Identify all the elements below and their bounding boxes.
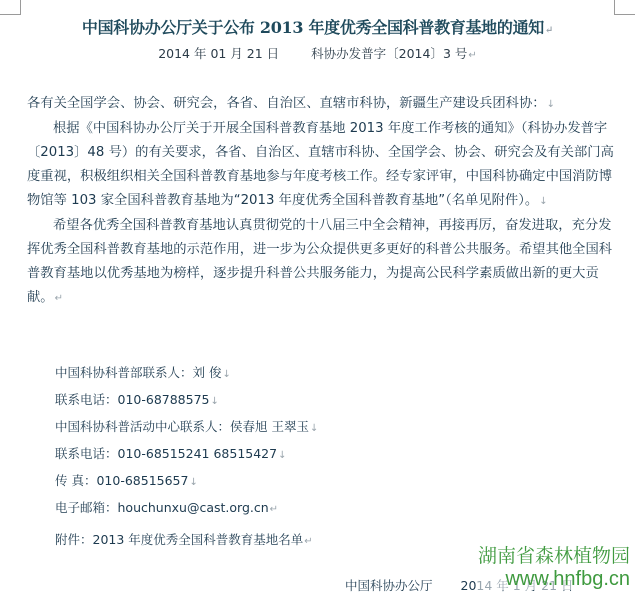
contact-line: 中国科协科普活动中心联系人：侯春旭 王翠玉↓	[55, 414, 318, 441]
paragraph-mark-icon: ↵	[468, 50, 476, 61]
line-break-mark-icon: ↓	[278, 450, 286, 461]
contact-line: 联系电话：010-68515241 68515427↓	[55, 441, 318, 468]
signature-org: 中国科协办公厅	[345, 578, 433, 592]
line-break-mark-icon: ↓	[539, 196, 547, 207]
contact-line: 传 真：010-68515657↓	[55, 468, 318, 495]
line-break-mark-icon: ↓	[310, 423, 318, 434]
contact-line: 联系电话：010-68788575↓	[55, 387, 318, 414]
paragraph-1-text: 根据《中国科协办公厅关于开展全国科普教育基地 2013 年度工作考核的通知》（科…	[27, 121, 614, 208]
document-subtitle: 2014 年 01 月 21 日 科协办发普字〔2014〕3 号↵	[0, 44, 635, 62]
document-number: 科协办发普字〔2014〕3 号	[311, 46, 467, 61]
line-break-mark-icon: ↓	[222, 369, 230, 380]
contact-text: 传 真：010-68515657	[55, 473, 188, 488]
line-break-mark-icon: ↓	[547, 99, 555, 110]
contact-email-text: 电子邮箱：houchunxu@cast.org.cn	[55, 500, 269, 515]
line-break-mark-icon: ↓	[189, 477, 197, 488]
salutation: 各有关全国学会、协会、研究会，各省、自治区、直辖市科协，新疆生产建设兵团科协：↓	[27, 92, 617, 117]
paragraph-2-text: 希望各优秀全国科普教育基地认真贯彻党的十八届三中全会精神，再接再厉，奋发进取，充…	[27, 218, 612, 305]
paragraph-2: 希望各优秀全国科普教育基地认真贯彻党的十八届三中全会精神，再接再厉，奋发进取，充…	[27, 214, 617, 311]
watermark: 湖南省森林植物园 www.hnfbg.cn	[478, 546, 630, 590]
contact-email-line: 电子邮箱：houchunxu@cast.org.cn↵	[55, 495, 318, 522]
line-break-mark-icon: ↓	[211, 396, 219, 407]
issue-date: 2014 年 01 月 21 日	[158, 46, 279, 61]
attachment-text: 附件：2013 年度优秀全国科普教育基地名单	[55, 532, 303, 547]
contact-text: 联系电话：010-68515241 68515427	[55, 446, 277, 461]
document-title: 中国科协办公厅关于公布 2013 年度优秀全国科普教育基地的通知↵	[0, 15, 635, 38]
attachment-line: 附件：2013 年度优秀全国科普教育基地名单↵	[55, 530, 313, 548]
paragraph-mark-icon: ↵	[55, 293, 63, 304]
contact-line: 中国科协科普部联系人：刘 俊↓	[55, 360, 318, 387]
contact-text: 中国科协科普部联系人：刘 俊	[55, 365, 221, 380]
paragraph-mark-icon: ↵	[545, 25, 553, 36]
paragraph-mark-icon: ↵	[270, 504, 278, 515]
document-body: 各有关全国学会、协会、研究会，各省、自治区、直辖市科协，新疆生产建设兵团科协：↓…	[27, 92, 617, 311]
watermark-url: www.hnfbg.cn	[478, 568, 630, 590]
title-text: 中国科协办公厅关于公布 2013 年度优秀全国科普教育基地的通知	[82, 18, 544, 37]
watermark-name: 湖南省森林植物园	[478, 546, 630, 568]
contact-text: 中国科协科普活动中心联系人：侯春旭 王翠玉	[55, 419, 309, 434]
page-corner-mark-top-left	[0, 0, 21, 15]
paragraph-mark-icon: ↵	[304, 536, 312, 547]
page-corner-mark-top-right	[614, 0, 635, 15]
contact-text: 联系电话：010-68788575	[55, 392, 210, 407]
salutation-text: 各有关全国学会、协会、研究会，各省、自治区、直辖市科协，新疆生产建设兵团科协：	[27, 96, 546, 111]
contact-list: 中国科协科普部联系人：刘 俊↓ 联系电话：010-68788575↓ 中国科协科…	[55, 360, 318, 522]
paragraph-1: 根据《中国科协办公厅关于开展全国科普教育基地 2013 年度工作考核的通知》（科…	[27, 117, 617, 214]
